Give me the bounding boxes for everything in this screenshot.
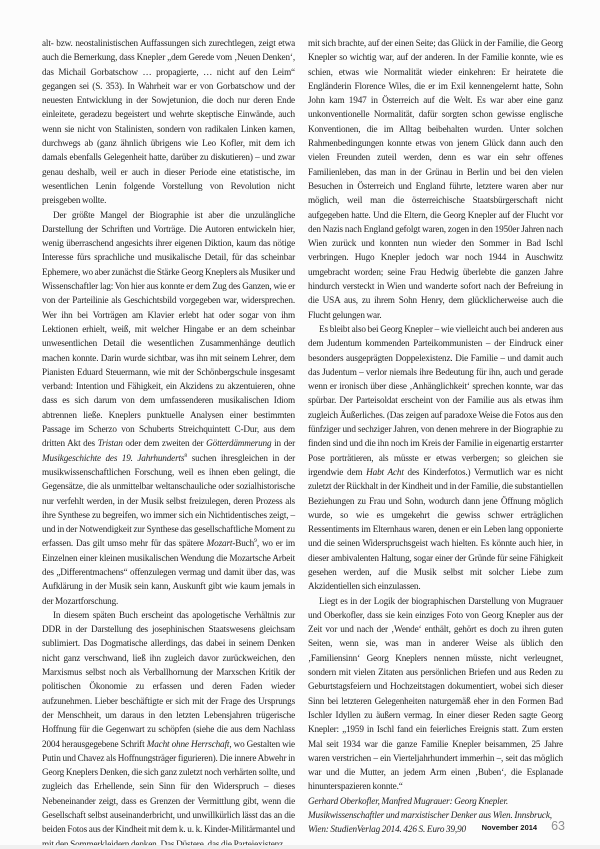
text-segment: mit sich brachte, auf der einen Seite; d… bbox=[308, 38, 563, 320]
paragraph: In diesem späten Buch erscheint das apol… bbox=[42, 608, 295, 849]
journal-page: alt- bzw. neostalinistischen Auffassunge… bbox=[0, 0, 600, 849]
italic-text: Mozart bbox=[207, 538, 233, 548]
text-segment: Der größte Mangel der Biographie ist abe… bbox=[42, 210, 295, 449]
paragraph: Der größte Mangel der Biographie ist abe… bbox=[42, 208, 295, 608]
left-text-column: alt- bzw. neostalinistischen Auffassunge… bbox=[42, 36, 295, 849]
paragraph: mit sich brachte, auf der einen Seite; d… bbox=[308, 36, 563, 322]
text-segment: suchen ihresgleichen in der musikwissens… bbox=[42, 453, 295, 549]
italic-text: Tristan bbox=[98, 438, 123, 448]
text-segment: Liegt es in der Logik der biographischen… bbox=[308, 596, 563, 792]
paragraph: Liegt es in der Logik der biographischen… bbox=[308, 594, 563, 794]
paragraph: alt- bzw. neostalinistischen Auffassunge… bbox=[42, 36, 295, 208]
italic-text: Götterdämmerung bbox=[206, 438, 271, 448]
text-segment: in der bbox=[271, 438, 295, 448]
text-segment: Es bleibt also bei Georg Knepler – wie v… bbox=[308, 324, 563, 477]
italic-text: Macht ohne Herrschaft bbox=[147, 739, 230, 749]
text-segment: In diesem späten Buch erscheint das apol… bbox=[42, 610, 295, 749]
page-number: 63 bbox=[551, 819, 565, 833]
text-segment: oder dem zweiten der bbox=[123, 438, 206, 448]
page-footer: November 2014 63 bbox=[482, 819, 565, 833]
text-segment: , wo Gestalten wie Putin und Chavez als … bbox=[42, 739, 295, 849]
right-column-paragraphs: mit sich brachte, auf der einen Seite; d… bbox=[308, 36, 563, 794]
paragraph: Es bleibt also bei Georg Knepler – wie v… bbox=[308, 322, 563, 594]
issue-date: November 2014 bbox=[482, 823, 537, 832]
text-segment: alt- bzw. neostalinistischen Auffassunge… bbox=[42, 38, 295, 205]
text-segment: -Buch bbox=[232, 538, 254, 548]
right-text-column: mit sich brachte, auf der einen Seite; d… bbox=[308, 36, 563, 837]
italic-text: Musikgeschichte des 19. Jahrhunderts bbox=[42, 453, 184, 463]
text-segment: des Kinderfotos.) Vermutlich war es nich… bbox=[308, 467, 563, 591]
scan-bottom-edge bbox=[0, 845, 600, 849]
text-segment: , wo er im Einzelnen einer kleinen musik… bbox=[42, 538, 295, 605]
italic-text: Habt Acht bbox=[366, 467, 404, 477]
